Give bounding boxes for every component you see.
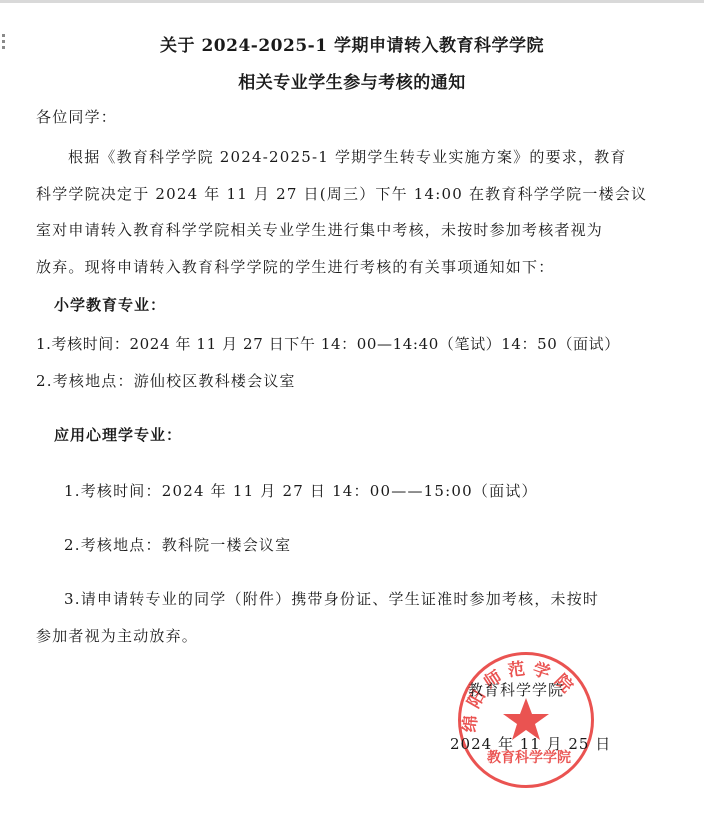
salutation: 各位同学：: [36, 106, 117, 127]
official-seal: 绵阳师范学院 教育科学学院: [458, 652, 594, 788]
intro-line-1: 根据《教育科学学院 2024-2025-1 学期学生转专业实施方案》的要求，教育: [68, 146, 627, 167]
psychology-item-1: 1.考核时间：2024 年 11 月 27 日 14：00——15:00（面试）: [64, 480, 538, 501]
seal-star-icon: 绵阳师范学院: [458, 652, 594, 788]
primary-item-1: 1.考核时间：2024 年 11 月 27 日下午 14：00—14:40（笔试…: [36, 333, 620, 354]
psychology-item-3-cont: 参加者视为主动放弃。: [36, 625, 198, 646]
intro-line-4: 放弃。现将申请转入教育科学学院的学生进行考核的有关事项通知如下：: [36, 256, 554, 277]
top-border: [0, 0, 704, 3]
intro-line-3: 室对申请转入教育科学学院相关专业学生进行集中考核，未按时参加考核者视为: [36, 219, 603, 240]
psychology-item-2: 2.考核地点：教科院一楼会议室: [64, 534, 291, 555]
section-heading-applied-psychology: 应用心理学专业：: [54, 424, 182, 445]
document-title-line2: 相关专业学生参与考核的通知: [0, 68, 704, 93]
primary-item-2: 2.考核地点：游仙校区教科楼会议室: [36, 370, 296, 391]
psychology-item-3: 3.请申请转专业的同学（附件）携带身份证、学生证准时参加考核，未按时: [64, 588, 599, 609]
document-title-line1: 关于 2024-2025-1 学期申请转入教育科学学院: [0, 31, 704, 56]
section-heading-primary-education: 小学教育专业：: [54, 294, 166, 315]
intro-line-2: 科学学院决定于 2024 年 11 月 27 日(周三）下午 14:00 在教育…: [36, 183, 647, 204]
signature-date: 2024 年 11 月 25 日: [450, 733, 611, 754]
signature-org: 教育科学学院: [468, 679, 564, 700]
